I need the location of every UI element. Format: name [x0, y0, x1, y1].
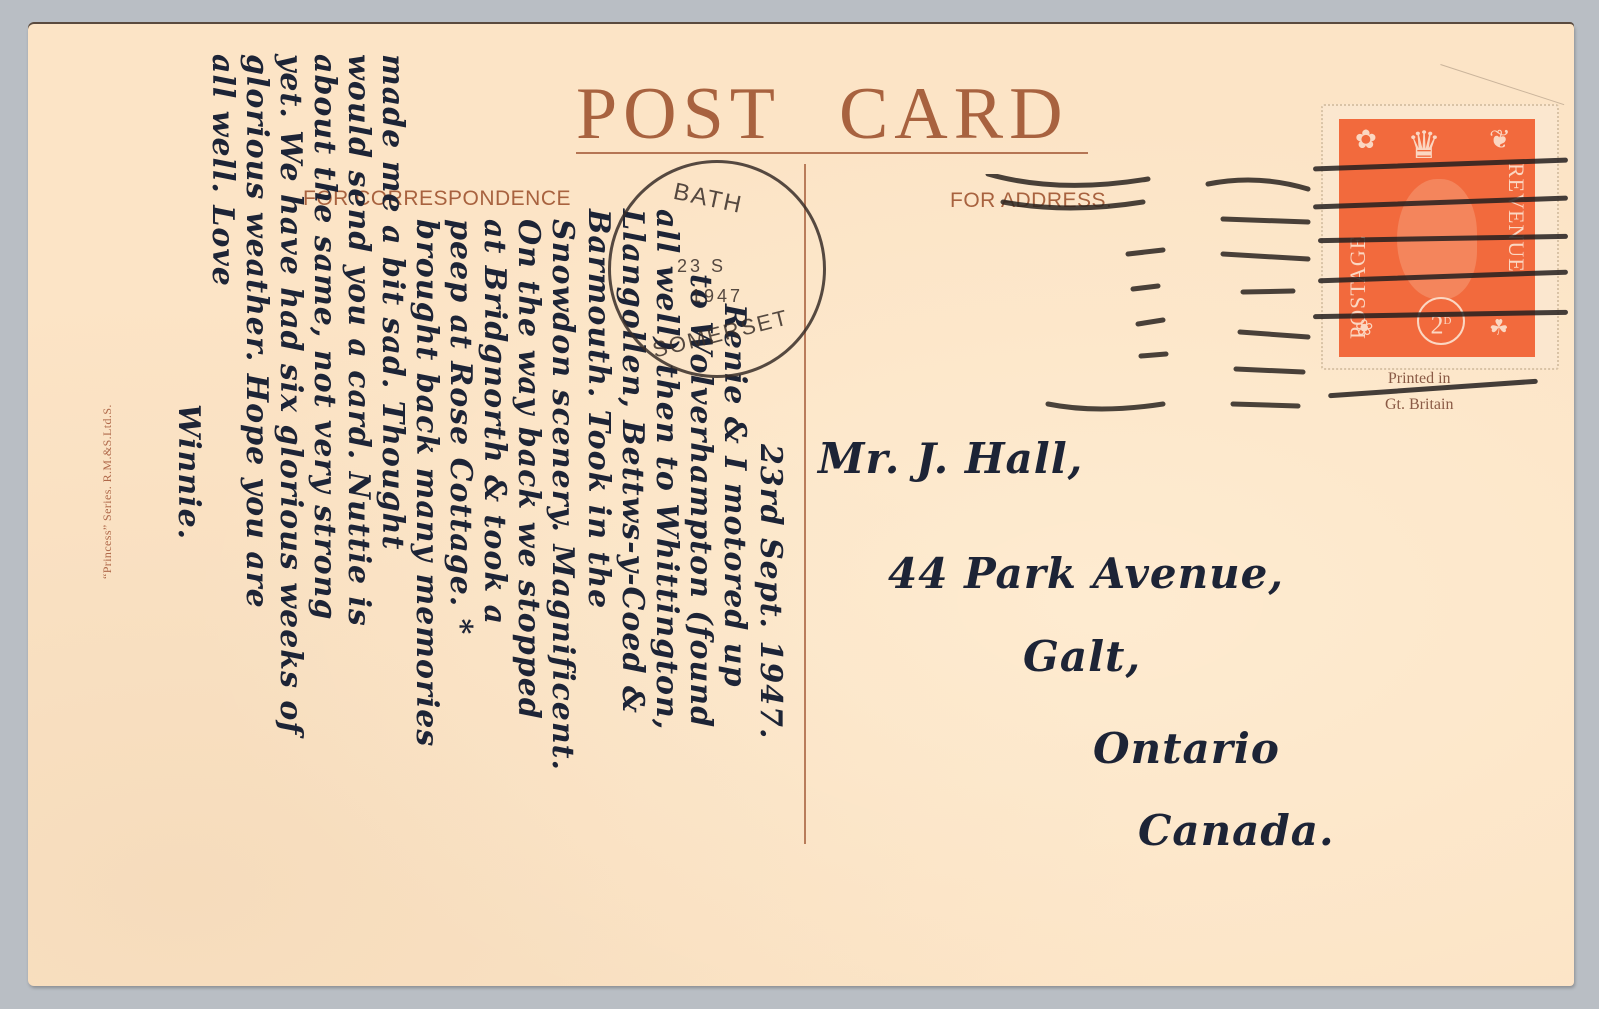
postmark-town: BATH: [671, 178, 746, 220]
title-post: POST: [576, 73, 781, 155]
address-city: Galt,: [1023, 632, 1141, 681]
message-line: at Bridgnorth & took a: [477, 219, 512, 625]
postmark-year: 1947: [691, 286, 743, 307]
postcard-title: POSTCARD: [576, 72, 1069, 157]
postmark-county: SOMERSET: [650, 305, 792, 364]
message-line: brought back many memories: [409, 219, 444, 747]
message-line: all well. Love: [205, 54, 240, 287]
address-country: Canada.: [1138, 806, 1335, 855]
message-line: peep at Rose Cottage. *: [443, 219, 478, 635]
message-line: On the way back we stopped: [511, 219, 546, 720]
message-line: 23rd Sept. 1947.: [753, 444, 788, 739]
thistle-icon: ❦: [1489, 125, 1511, 155]
shamrock-icon: ☘: [1489, 315, 1509, 341]
message-line: glorious weather. Hope you are: [239, 54, 274, 609]
message-line: Snowdon scenery. Magnificent.: [545, 219, 580, 771]
message-line: about the same, not very strong: [307, 54, 342, 620]
printed-in-label: Printed in Gt. Britain: [1385, 366, 1453, 418]
stamp-value: 2D: [1417, 297, 1465, 345]
title-card: CARD: [839, 73, 1069, 155]
printer-credit: “Princess” Series. R.M.&S.Ltd.S.: [100, 404, 115, 579]
postcard-back: POSTCARD FOR CORRESPONDENCE FOR ADDRESS.…: [28, 24, 1574, 986]
message-line: yet. We have had six glorious weeks of: [273, 54, 308, 735]
address-recipient: Mr. J. Hall,: [818, 434, 1083, 483]
corner-crease: [1440, 26, 1576, 105]
circular-postmark-icon: BATH 23 S 1947 SOMERSET: [608, 160, 826, 378]
message-line: made me a bit sad. Thought: [375, 54, 410, 550]
daffodil-icon: ❀: [1355, 315, 1373, 341]
message-line: would send you a card. Nuttie is: [341, 54, 376, 627]
address-street: 44 Park Avenue,: [888, 549, 1284, 598]
title-underline: [576, 152, 1088, 154]
address-province: Ontario: [1093, 724, 1280, 773]
stamp-revenue-text: REVENUE: [1503, 163, 1529, 273]
rose-icon: ✿: [1355, 125, 1377, 155]
message-signature: Winnie.: [171, 404, 206, 540]
postmark-date: 23 S: [677, 256, 726, 277]
